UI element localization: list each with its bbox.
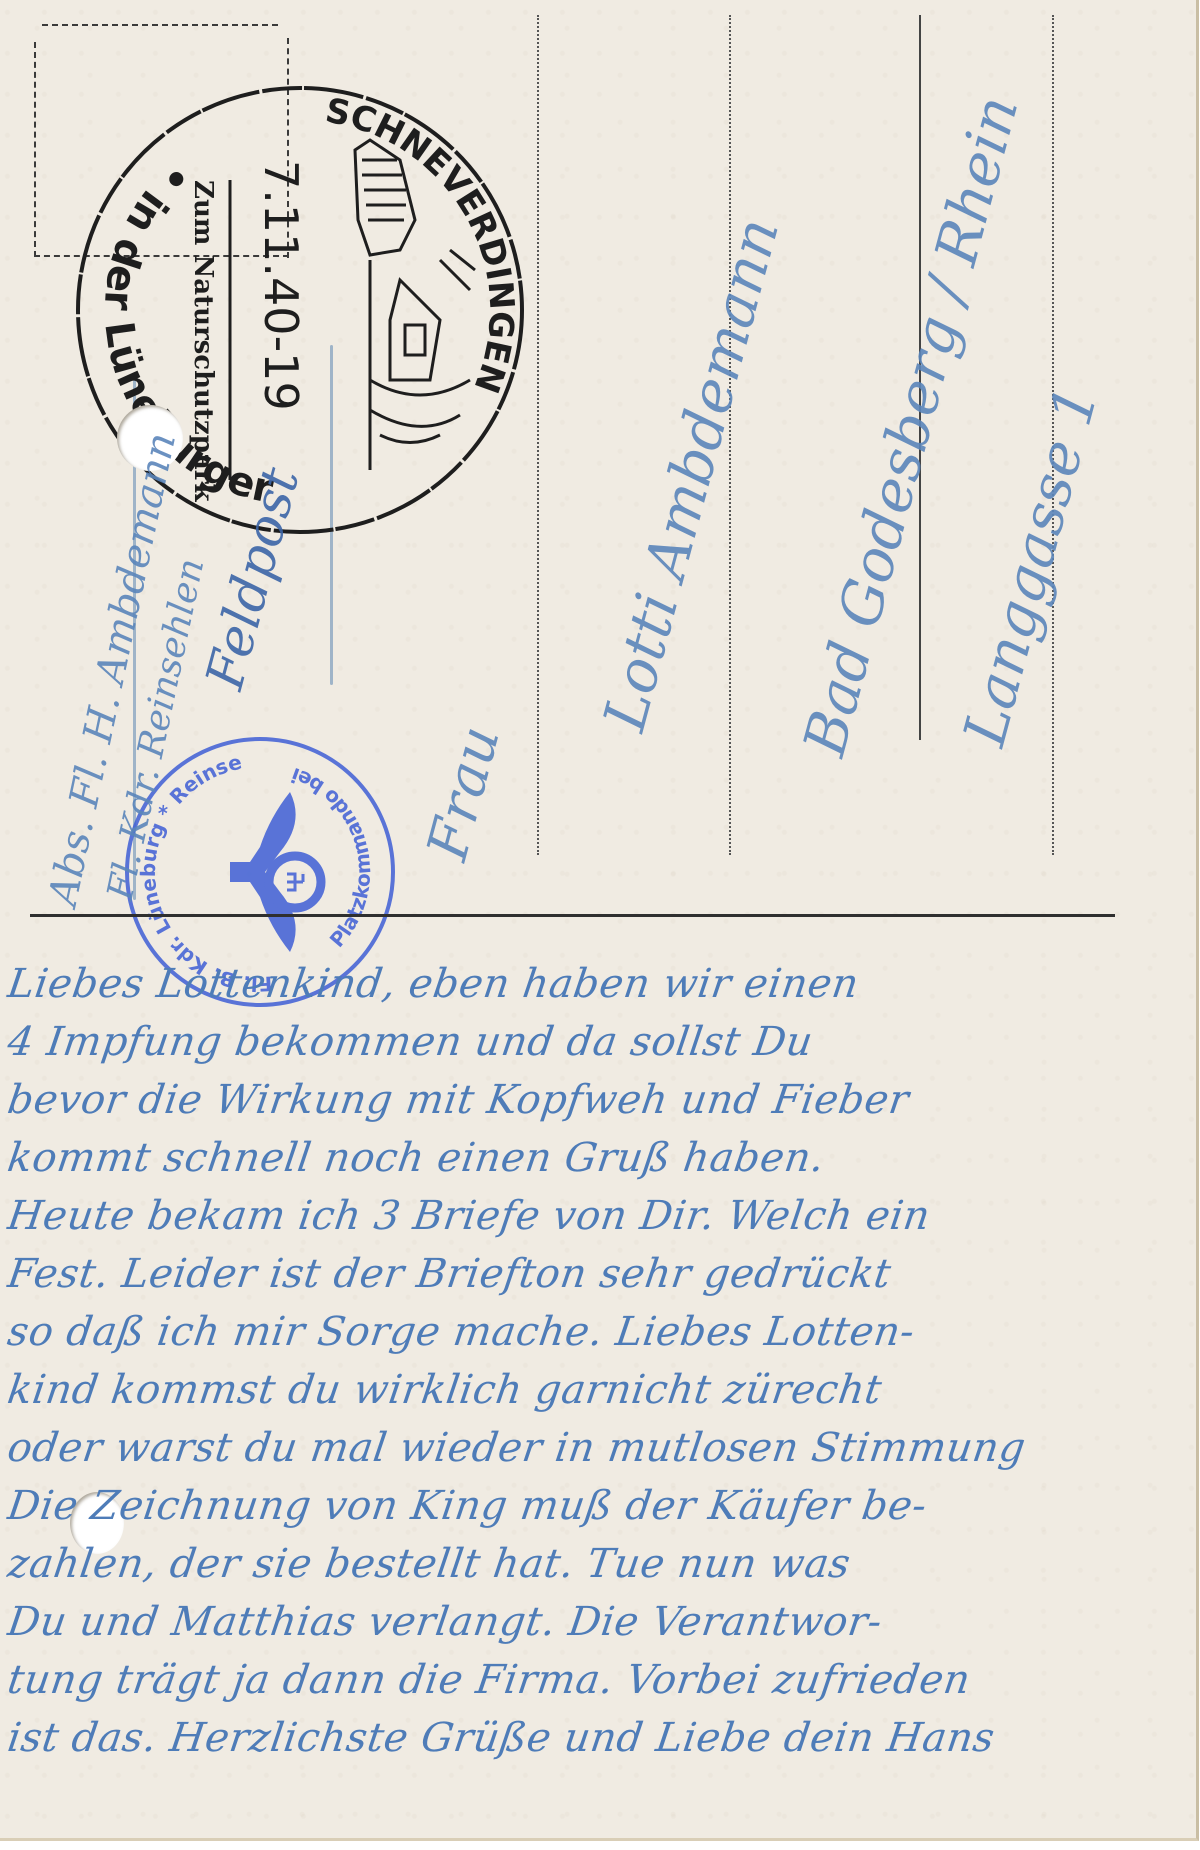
- message-line: 4 Impfung bekommen und da sollst Du: [4, 1013, 1192, 1071]
- message-line: Fest. Leider ist der Briefton sehr gedrü…: [4, 1245, 1192, 1303]
- svg-text:• in der Lüneburger: • in der Lüneburger: [95, 152, 277, 513]
- message-line: tung trägt ja dann die Firma. Vorbei zuf…: [4, 1651, 1192, 1709]
- address-line-1: [537, 15, 539, 855]
- message-divider: [30, 914, 1115, 917]
- swastika-emblem: [287, 874, 303, 890]
- address-salutation: Frau: [415, 720, 513, 867]
- message-body: Liebes Lottenkind, eben haben wir einen4…: [8, 955, 1188, 1767]
- message-line: bevor die Wirkung mit Kopfweh und Fieber: [4, 1071, 1192, 1129]
- message-line: Die Zeichnung von King muß der Käufer be…: [4, 1477, 1192, 1535]
- stamp-box-top-border: [42, 24, 278, 26]
- svg-text:SCHNEVERDINGEN: SCHNEVERDINGEN: [322, 91, 521, 399]
- postmark-inner-text: Zum Naturschutzpark: [188, 180, 218, 502]
- message-line: zahlen, der sie bestellt hat. Tue nun wa…: [4, 1535, 1192, 1593]
- address-city: Langgasse 1: [950, 379, 1111, 753]
- message-line: kommt schnell noch einen Gruß haben.: [4, 1129, 1192, 1187]
- eagle-icon: [230, 792, 321, 952]
- message-line: oder warst du mal wieder in mutlosen Sti…: [4, 1419, 1192, 1477]
- address-name: Lotti Ambdemann: [590, 211, 792, 737]
- message-line: kind kommst du wirklich garnicht zürecht: [4, 1361, 1192, 1419]
- message-line: ist das. Herzlichste Grüße und Liebe dei…: [4, 1709, 1192, 1767]
- message-line: Liebes Lottenkind, eben haben wir einen: [4, 955, 1192, 1013]
- postmark-town: SCHNEVERDINGEN: [322, 91, 521, 399]
- postmark-date: 7.11.40-19: [254, 160, 308, 411]
- message-line: Heute bekam ich 3 Briefe von Dir. Welch …: [4, 1187, 1192, 1245]
- message-line: so daß ich mir Sorge mache. Liebes Lotte…: [4, 1303, 1192, 1361]
- stamp-box-left-border: [34, 42, 36, 257]
- message-line: Du und Matthias verlangt. Die Verantwor-: [4, 1593, 1192, 1651]
- postcard: SCHNEVERDINGEN • in der Lüneburger 7.11.…: [0, 0, 1199, 1841]
